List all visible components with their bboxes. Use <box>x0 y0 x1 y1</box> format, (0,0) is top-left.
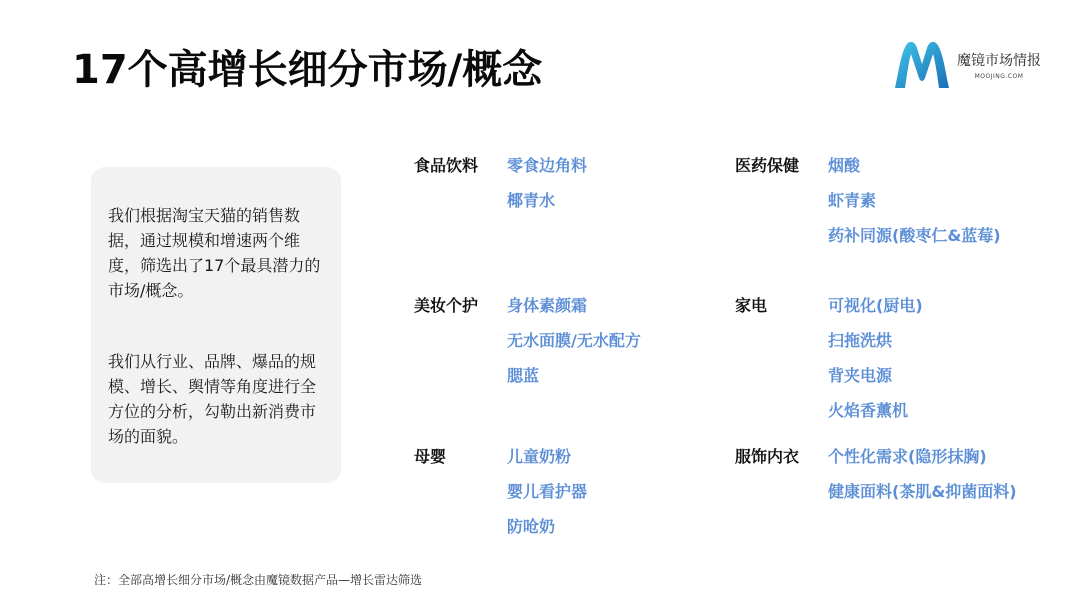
market-item: 腮蓝 <box>507 358 641 393</box>
market-item: 防呛奶 <box>507 509 587 544</box>
market-item: 虾青素 <box>828 183 1001 218</box>
category-health-medicine: 医药保健 烟酸 虾青素 药补同源(酸枣仁&蓝莓) <box>735 148 1001 253</box>
market-item: 火焰香薰机 <box>828 393 923 428</box>
category-label: 食品饮料 <box>414 148 507 218</box>
category-label: 医药保健 <box>735 148 828 253</box>
logo-name-cn: 魔镜市场情报 <box>957 50 1041 70</box>
brand-logo: 魔镜市场情报 MOOJING.COM <box>893 40 1041 90</box>
category-mother-baby: 母婴 儿童奶粉 婴儿看护器 防呛奶 <box>414 439 587 544</box>
logo-name-en: MOOJING.COM <box>975 73 1024 80</box>
moojing-m-logo-icon <box>893 40 951 90</box>
market-item: 身体素颜霜 <box>507 288 641 323</box>
market-item: 健康面料(茶肌&抑菌面料) <box>828 474 1017 509</box>
category-label: 母婴 <box>414 439 507 544</box>
category-food-beverage: 食品饮料 零食边角料 椰青水 <box>414 148 587 218</box>
category-label: 服饰内衣 <box>735 439 828 509</box>
intro-paragraph: 我们根据淘宝天猫的销售数据，通过规模和增速两个维度，筛选出了17个最具潜力的市场… <box>108 203 327 303</box>
market-item: 无水面膜/无水配方 <box>507 323 641 358</box>
intro-box: 我们根据淘宝天猫的销售数据，通过规模和增速两个维度，筛选出了17个最具潜力的市场… <box>91 167 341 483</box>
market-item: 背夹电源 <box>828 358 923 393</box>
market-item: 扫拖洗烘 <box>828 323 923 358</box>
category-label: 家电 <box>735 288 828 428</box>
market-item: 个性化需求(隐形抹胸) <box>828 439 1017 474</box>
intro-paragraph: 我们从行业、品牌、爆品的规模、增长、舆情等角度进行全方位的分析，勾勒出新消费市场… <box>108 349 327 449</box>
category-label: 美妆个护 <box>414 288 507 393</box>
market-item: 儿童奶粉 <box>507 439 587 474</box>
market-item: 婴儿看护器 <box>507 474 587 509</box>
category-apparel-underwear: 服饰内衣 个性化需求(隐形抹胸) 健康面料(茶肌&抑菌面料) <box>735 439 1017 509</box>
category-beauty-personal-care: 美妆个护 身体素颜霜 无水面膜/无水配方 腮蓝 <box>414 288 641 393</box>
footnote: 注：全部高增长细分市场/概念由魔镜数据产品—增长雷达筛选 <box>94 571 422 588</box>
category-home-appliances: 家电 可视化(厨电) 扫拖洗烘 背夹电源 火焰香薰机 <box>735 288 923 428</box>
market-item: 椰青水 <box>507 183 587 218</box>
market-item: 可视化(厨电) <box>828 288 923 323</box>
page-title: 17个高增长细分市场/概念 <box>72 38 542 95</box>
market-item: 药补同源(酸枣仁&蓝莓) <box>828 218 1001 253</box>
market-item: 烟酸 <box>828 148 1001 183</box>
market-item: 零食边角料 <box>507 148 587 183</box>
